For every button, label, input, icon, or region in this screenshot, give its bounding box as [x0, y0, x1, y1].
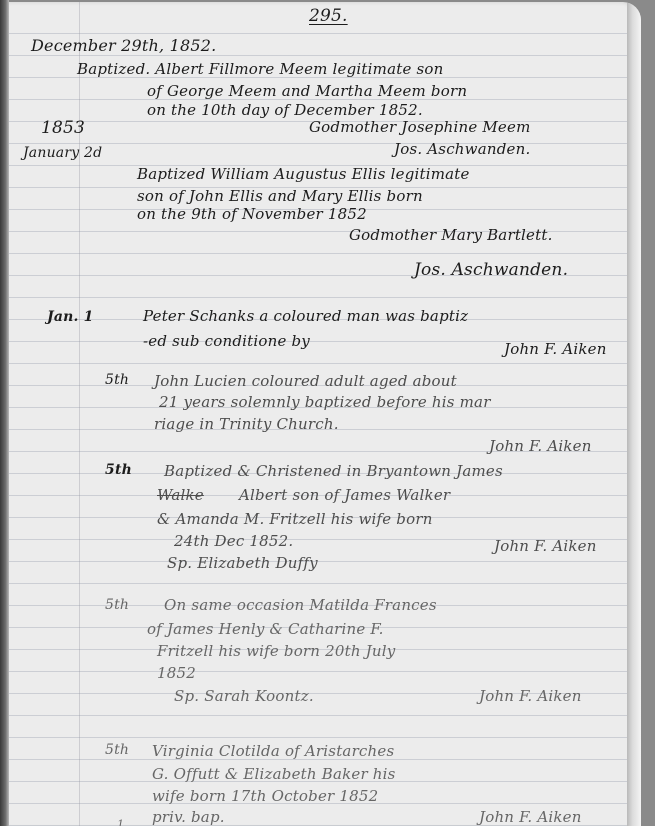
- entry-6-line-4: 1852: [157, 664, 196, 682]
- entry-7-margin-date: 5th: [105, 742, 129, 758]
- entry-5-line-3: & Amanda M. Fritzell his wife born: [157, 510, 433, 528]
- entry-4-signature: John F. Aiken: [489, 437, 592, 455]
- entry-4-line-3: riage in Trinity Church.: [154, 415, 339, 433]
- entry-7-line-4: priv. bap.: [152, 808, 225, 826]
- entry-5-struck-word: Walke: [157, 486, 204, 504]
- entry-7-signature: John F. Aiken: [479, 808, 582, 826]
- entry-3-line-1: Peter Schanks a coloured man was baptiz: [143, 307, 468, 325]
- entry-2-margin-date: January 2d: [23, 145, 102, 161]
- entry-5-line-1: Baptized & Christened in Bryantown James: [164, 462, 503, 480]
- entry-5-margin-date: 5th: [105, 462, 132, 478]
- entry-2-sponsor: Godmother Mary Bartlett.: [349, 226, 553, 244]
- entry-6-sponsor: Sp. Sarah Koontz.: [174, 687, 314, 705]
- entry-2-line-3: on the 9th of November 1852: [137, 205, 367, 223]
- entry-4-line-2: 21 years solemnly baptized before his ma…: [159, 393, 491, 411]
- entry-6-margin-date: 5th: [105, 597, 129, 613]
- bottom-margin-fragment: 1: [117, 818, 124, 826]
- entry-7-line-2: G. Offutt & Elizabeth Baker his: [152, 765, 396, 783]
- entry-2-signature: Jos. Aschwanden.: [414, 260, 568, 280]
- entry-3-line-2: -ed sub conditione by: [143, 332, 310, 350]
- entry-1-line-3: on the 10th day of December 1852.: [147, 101, 423, 119]
- entry-7-line-1: Virginia Clotilda of Aristarches: [152, 742, 394, 760]
- entry-4-line-1: John Lucien coloured adult aged about: [154, 372, 457, 390]
- entry-1-date-heading: December 29th, 1852.: [31, 36, 216, 55]
- page-number: 295.: [309, 6, 348, 26]
- entry-6-line-3: Fritzell his wife born 20th July: [157, 642, 395, 660]
- entry-2-line-1: Baptized William Augustus Ellis legitima…: [137, 165, 470, 183]
- entry-1-line-1: Baptized. Albert Fillmore Meem legitimat…: [77, 60, 444, 78]
- entry-5-line-4: 24th Dec 1852.: [174, 532, 293, 550]
- entry-3-margin-date: Jan. 1: [47, 309, 94, 325]
- entry-1-line-2: of George Meem and Martha Meem born: [147, 82, 467, 100]
- entry-4-margin-date: 5th: [105, 372, 129, 388]
- entry-1-sponsor: Godmother Josephine Meem: [309, 118, 531, 136]
- register-page: 295. December 29th, 1852. Baptized. Albe…: [9, 2, 641, 826]
- entry-1-signature: Jos. Aschwanden.: [394, 140, 530, 158]
- page-edge: [627, 2, 641, 826]
- entry-3-signature: John F. Aiken: [504, 340, 607, 358]
- entry-7-line-3: wife born 17th October 1852: [152, 787, 378, 805]
- entry-6-signature: John F. Aiken: [479, 687, 582, 705]
- entry-5-sponsor: Sp. Elizabeth Duffy: [167, 554, 318, 572]
- entry-2-line-2: son of John Ellis and Mary Ellis born: [137, 187, 423, 205]
- book-binding-shadow: [0, 0, 9, 826]
- entry-2-margin-year: 1853: [41, 118, 85, 138]
- entry-5-line-2: Albert son of James Walker: [239, 486, 450, 504]
- entry-6-line-1: On same occasion Matilda Frances: [164, 596, 437, 614]
- entry-6-line-2: of James Henly & Catharine F.: [147, 620, 384, 638]
- entry-5-signature: John F. Aiken: [494, 537, 597, 555]
